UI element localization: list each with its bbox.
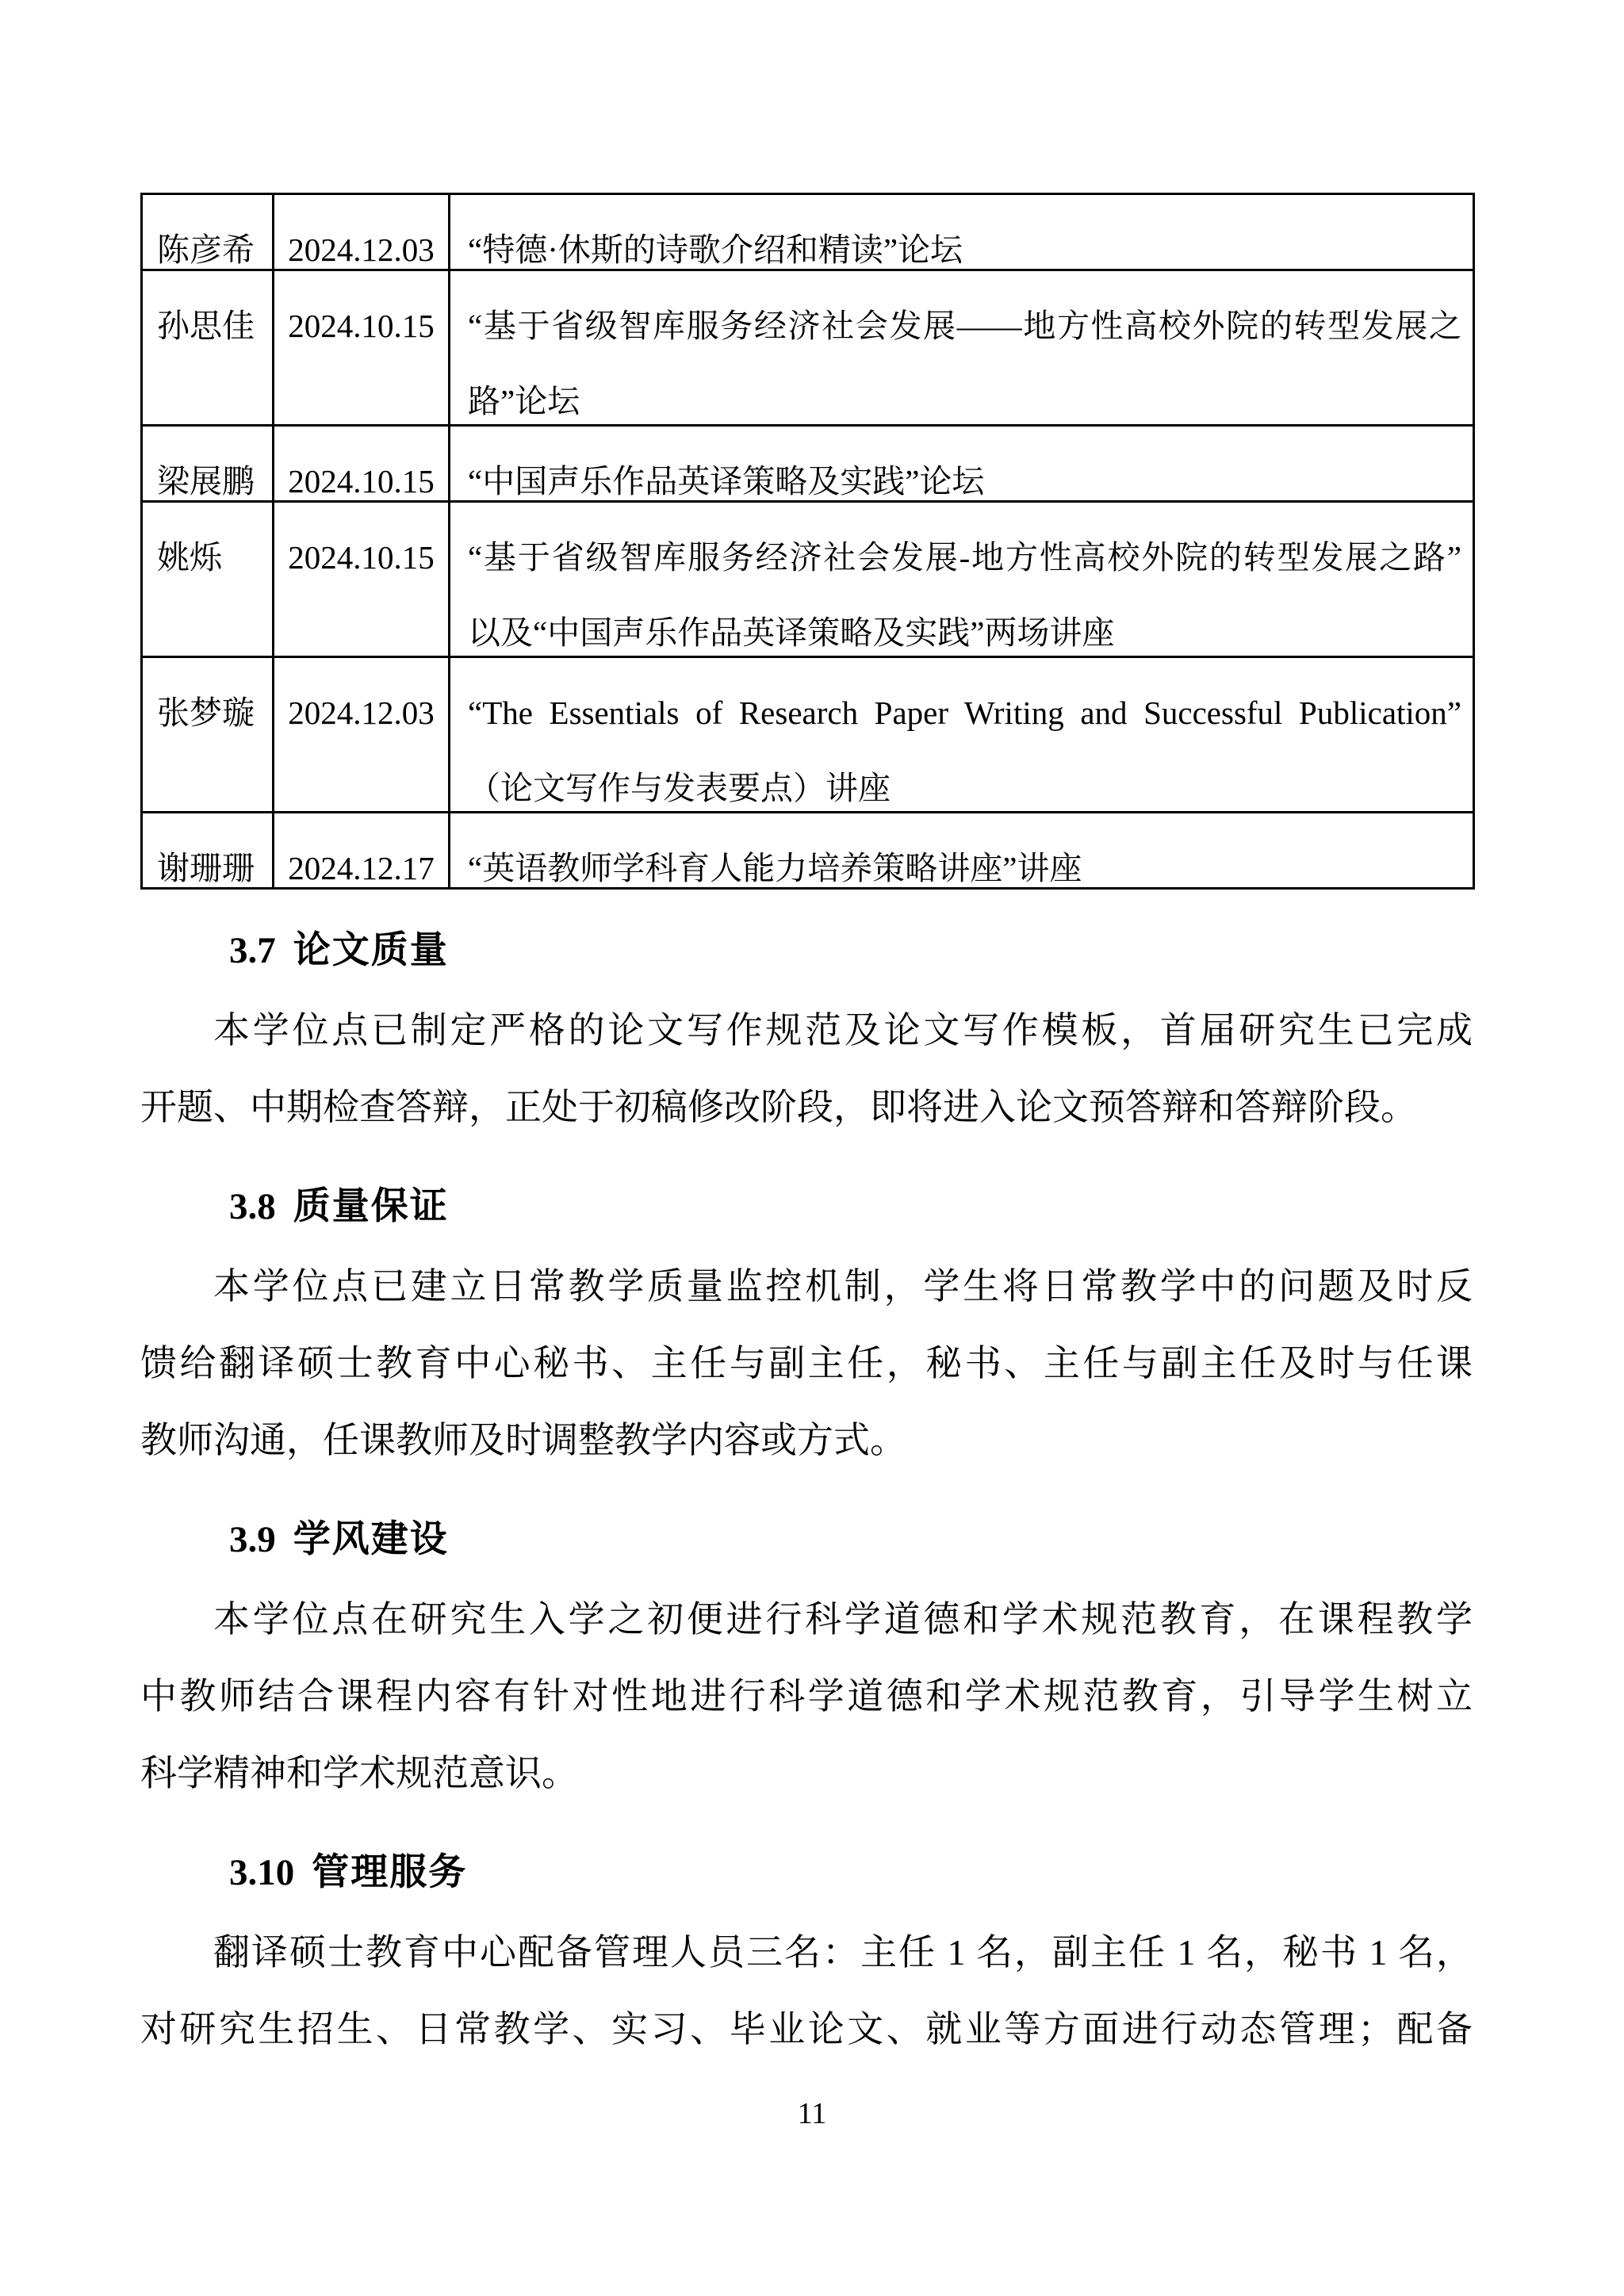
event-date: 2024.12.03 — [274, 212, 448, 271]
paragraph-line: 本学位点已制定严格的论文写作规范及论文写作模板，首届研究生已完成 — [140, 992, 1473, 1069]
paragraph-line: 科学精神和学术规范意识。 — [140, 1735, 1473, 1812]
event-line: “基于省级智库服务经济社会发展-地方性高校外院的转型发展之路” — [468, 520, 1461, 595]
event-date: 2024.10.15 — [274, 444, 448, 503]
table-event-cell: “The Essentials of Research Paper Writin… — [450, 658, 1475, 813]
section-title: 管理服务 — [312, 1850, 467, 1892]
events-table: 陈彦希2024.12.03“特德·休斯的诗歌介绍和精读”论坛孙思佳2024.10… — [140, 193, 1475, 890]
section-paragraph: 翻译硕士教育中心配备管理人员三名：主任 1 名，副主任 1 名，秘书 1 名，对… — [140, 1914, 1473, 2068]
section-number: 3.9 — [229, 1519, 276, 1560]
table-date-cell: 2024.10.15 — [274, 503, 450, 658]
table-date-cell: 2024.10.15 — [274, 271, 450, 427]
attendee-name: 孙思佳 — [157, 289, 272, 364]
attendee-name: 姚烁 — [157, 520, 272, 595]
event-line: “The Essentials of Research Paper Writin… — [468, 675, 1461, 751]
table-date-cell: 2024.12.17 — [274, 813, 450, 890]
table-event-cell: “中国声乐作品英译策略及实践”论坛 — [450, 427, 1475, 503]
section-number: 3.7 — [229, 930, 276, 971]
attendee-name: 张梦璇 — [157, 675, 272, 751]
event-line: 以及“中国声乐作品英译策略及实践”两场讲座 — [468, 595, 1461, 658]
table-name-cell: 谢珊珊 — [143, 813, 274, 890]
event-line: 路”论坛 — [468, 364, 1461, 427]
sections-container: 3.7论文质量本学位点已制定严格的论文写作规范及论文写作模板，首届研究生已完成开… — [140, 921, 1473, 2068]
table-name-cell: 孙思佳 — [143, 271, 274, 427]
table-name-cell: 张梦璇 — [143, 658, 274, 813]
paragraph-line: 开题、中期检查答辩，正处于初稿修改阶段，即将进入论文预答辩和答辩阶段。 — [140, 1069, 1473, 1146]
event-line: “英语教师学科育人能力培养策略讲座”讲座 — [468, 831, 1461, 890]
table-event-cell: “基于省级智库服务经济社会发展——地方性高校外院的转型发展之路”论坛 — [450, 271, 1475, 427]
paragraph-line: 对研究生招生、日常教学、实习、毕业论文、就业等方面进行动态管理；配备 — [140, 1991, 1473, 2068]
section-number: 3.10 — [229, 1852, 294, 1893]
table-date-cell: 2024.12.03 — [274, 658, 450, 813]
table-date-cell: 2024.12.03 — [274, 195, 450, 271]
table-date-cell: 2024.10.15 — [274, 427, 450, 503]
table-event-cell: “基于省级智库服务经济社会发展-地方性高校外院的转型发展之路”以及“中国声乐作品… — [450, 503, 1475, 658]
document-page: 陈彦希2024.12.03“特德·休斯的诗歌介绍和精读”论坛孙思佳2024.10… — [0, 0, 1624, 2296]
table-name-cell: 梁展鹏 — [143, 427, 274, 503]
paragraph-line: 馈给翻译硕士教育中心秘书、主任与副主任，秘书、主任与副主任及时与任课 — [140, 1325, 1473, 1402]
paragraph-line: 翻译硕士教育中心配备管理人员三名：主任 1 名，副主任 1 名，秘书 1 名， — [140, 1914, 1473, 1991]
section-heading: 3.8质量保证 — [140, 1177, 1473, 1235]
section-paragraph: 本学位点在研究生入学之初便进行科学道德和学术规范教育，在课程教学中教师结合课程内… — [140, 1581, 1473, 1812]
event-date: 2024.12.17 — [274, 831, 448, 890]
section-paragraph: 本学位点已制定严格的论文写作规范及论文写作模板，首届研究生已完成开题、中期检查答… — [140, 992, 1473, 1146]
section-title: 学风建设 — [293, 1517, 449, 1559]
attendee-name: 陈彦希 — [157, 212, 272, 271]
section-title: 质量保证 — [293, 1184, 449, 1226]
paragraph-line: 中教师结合课程内容有针对性地进行科学道德和学术规范教育，引导学生树立 — [140, 1658, 1473, 1735]
section-heading: 3.9学风建设 — [140, 1510, 1473, 1568]
table-event-cell: “英语教师学科育人能力培养策略讲座”讲座 — [450, 813, 1475, 890]
section-number: 3.8 — [229, 1186, 276, 1227]
paragraph-line: 本学位点已建立日常教学质量监控机制，学生将日常教学中的问题及时反 — [140, 1248, 1473, 1325]
event-line: “中国声乐作品英译策略及实践”论坛 — [468, 444, 1461, 503]
page-content: 陈彦希2024.12.03“特德·休斯的诗歌介绍和精读”论坛孙思佳2024.10… — [140, 0, 1473, 2068]
table-name-cell: 陈彦希 — [143, 195, 274, 271]
attendee-name: 谢珊珊 — [157, 831, 272, 890]
event-line: “基于省级智库服务经济社会发展——地方性高校外院的转型发展之 — [468, 289, 1461, 364]
attendee-name: 梁展鹏 — [157, 444, 272, 503]
event-date: 2024.10.15 — [274, 520, 448, 595]
table-name-cell: 姚烁 — [143, 503, 274, 658]
page-number: 11 — [0, 2098, 1624, 2130]
table-event-cell: “特德·休斯的诗歌介绍和精读”论坛 — [450, 195, 1475, 271]
paragraph-line: 教师沟通，任课教师及时调整教学内容或方式。 — [140, 1402, 1473, 1479]
section-heading: 3.7论文质量 — [140, 921, 1473, 979]
section-heading: 3.10管理服务 — [140, 1843, 1473, 1901]
event-line: （论文写作与发表要点）讲座 — [468, 751, 1461, 813]
section-paragraph: 本学位点已建立日常教学质量监控机制，学生将日常教学中的问题及时反馈给翻译硕士教育… — [140, 1248, 1473, 1479]
paragraph-line: 本学位点在研究生入学之初便进行科学道德和学术规范教育，在课程教学 — [140, 1581, 1473, 1658]
event-line: “特德·休斯的诗歌介绍和精读”论坛 — [468, 212, 1461, 271]
event-date: 2024.12.03 — [274, 675, 448, 751]
section-title: 论文质量 — [293, 928, 449, 970]
event-date: 2024.10.15 — [274, 289, 448, 364]
